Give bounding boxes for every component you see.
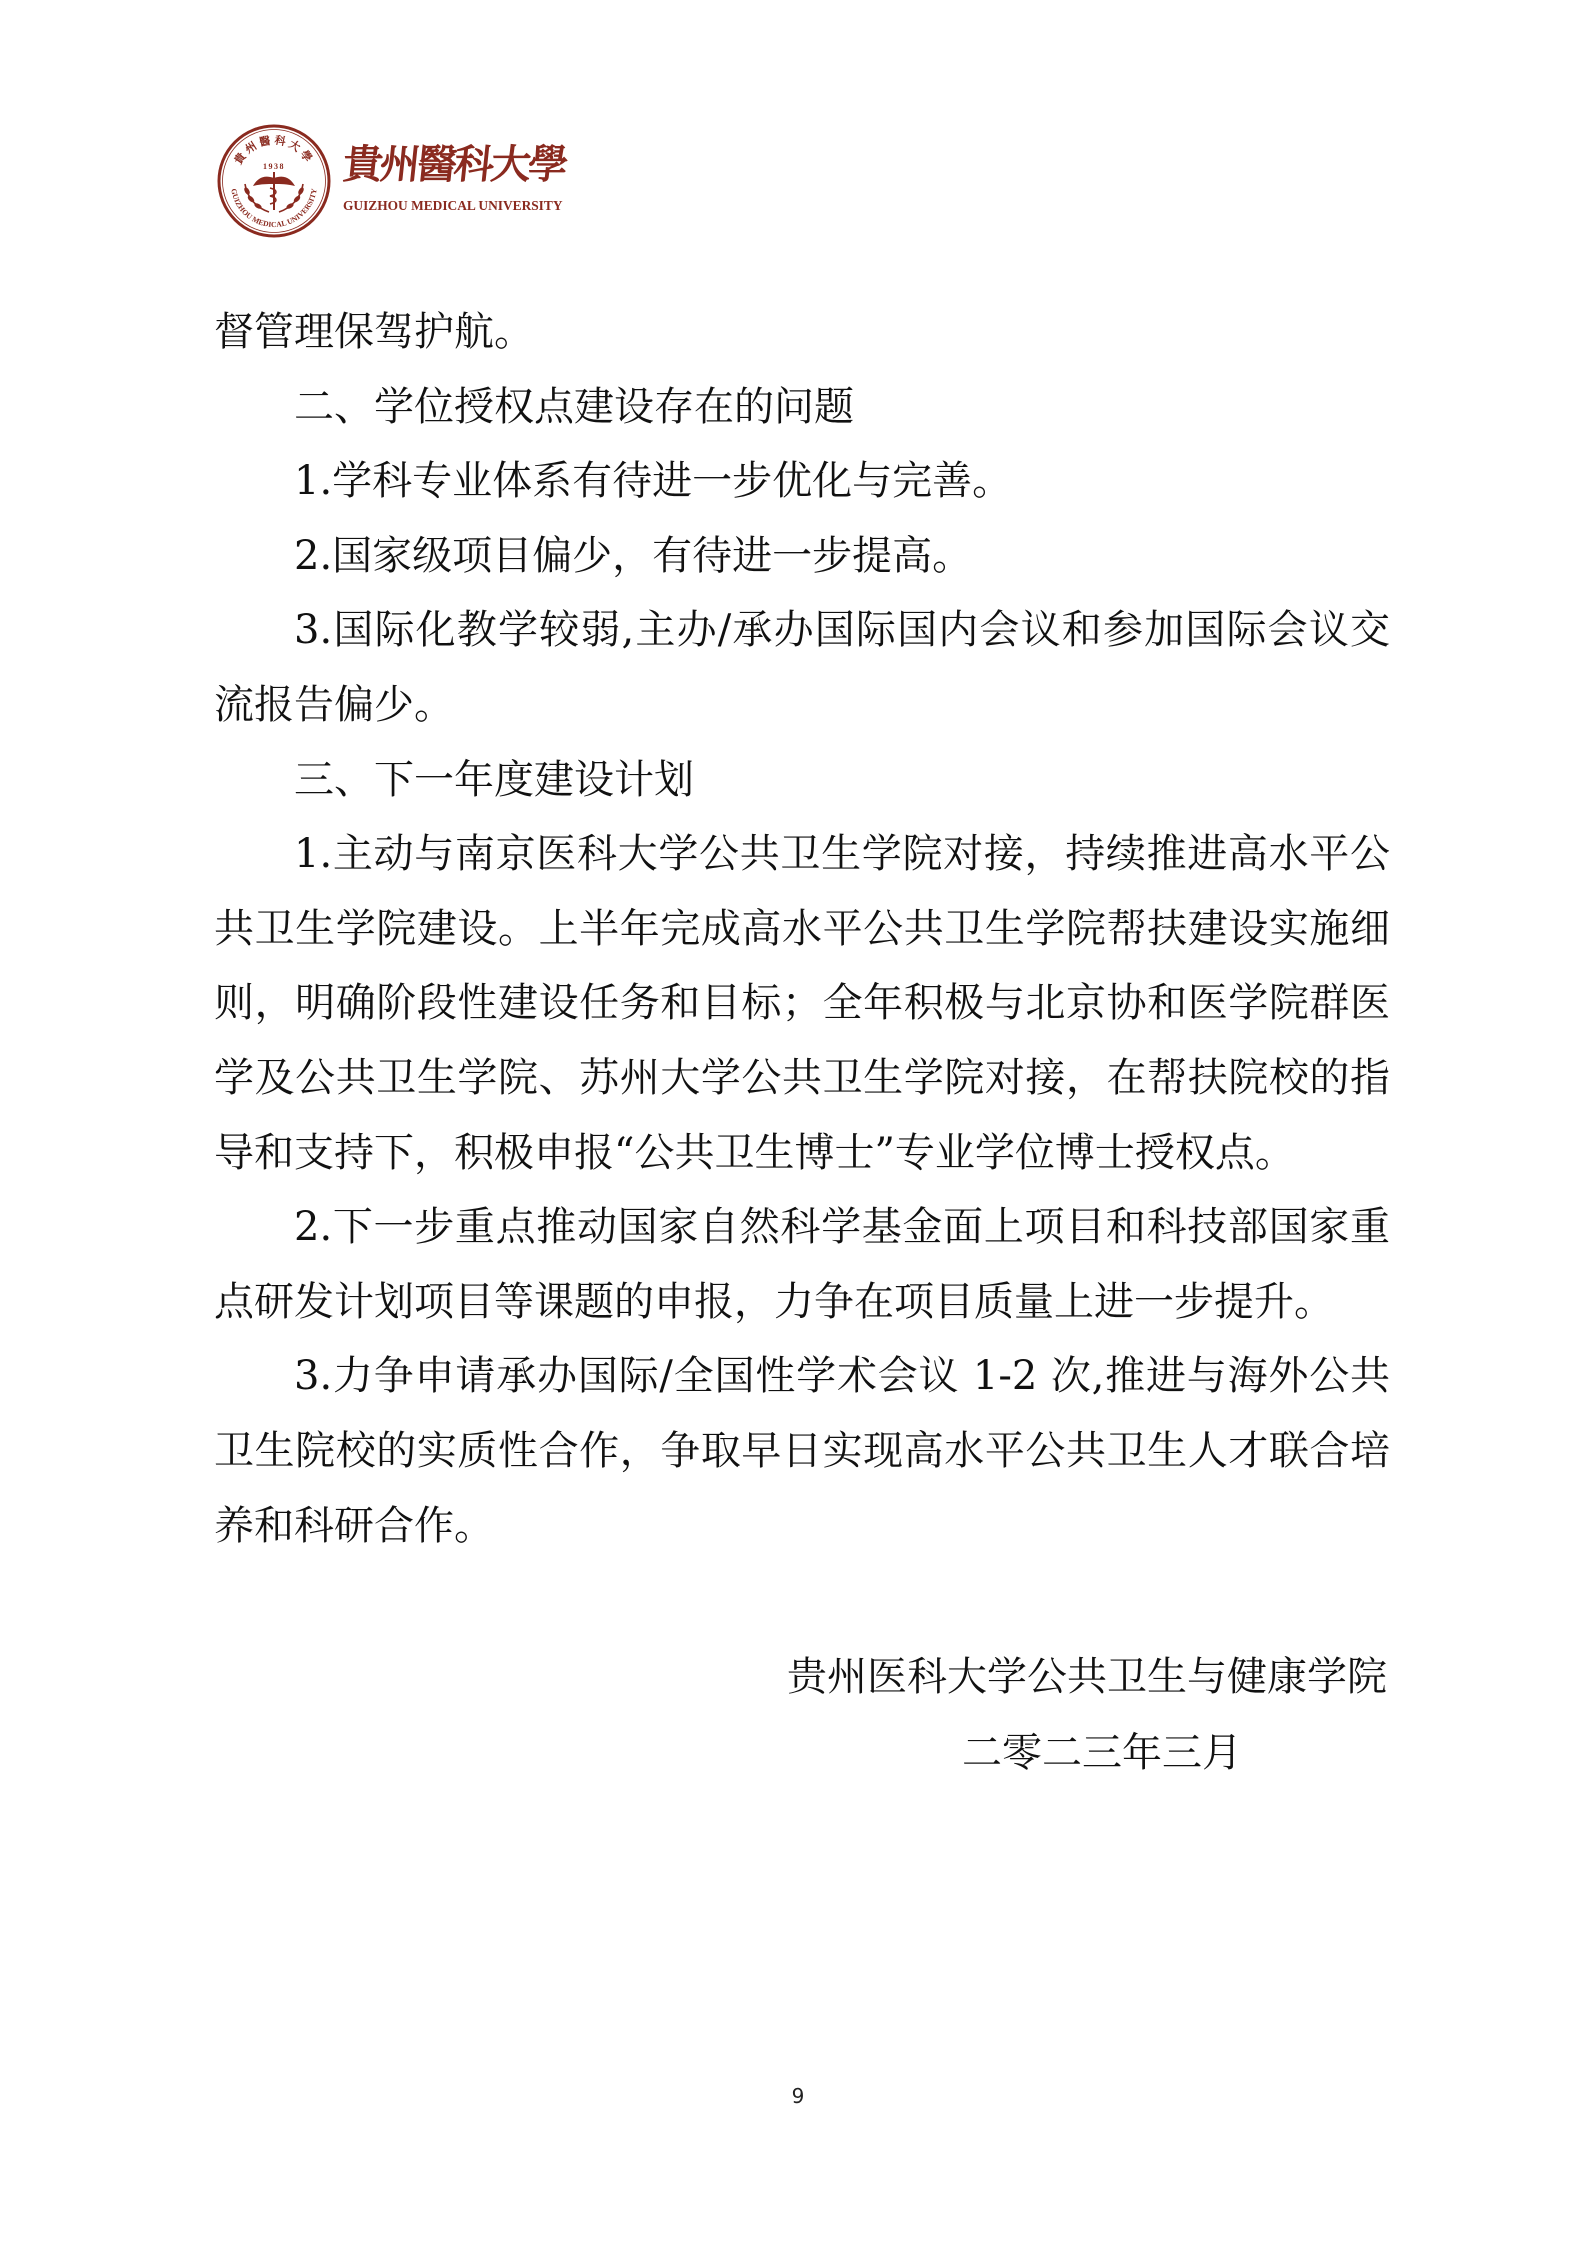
paragraph-line: 则，明确阶段性建设任务和目标；全年积极与北京协和医学院群医	[214, 966, 1390, 1041]
paragraph-line: 点研发计划项目等课题的申报，力争在项目质量上进一步提升。	[214, 1265, 1390, 1340]
university-name-calligraphy: 貴州醫科大學	[340, 138, 558, 192]
university-name-english: GUIZHOU MEDICAL UNIVERSITY	[343, 198, 557, 214]
section-heading: 二、学位授权点建设存在的问题	[214, 370, 1390, 445]
paragraph-line: 1.学科专业体系有待进一步优化与完善。	[214, 444, 1390, 519]
document-body: 督管理保驾护航。 二、学位授权点建设存在的问题 1.学科专业体系有待进一步优化与…	[214, 295, 1390, 1563]
paragraph-line: 2.下一步重点推动国家自然科学基金面上项目和科技部国家重	[214, 1190, 1390, 1265]
paragraph-line: 养和科研合作。	[214, 1489, 1390, 1564]
paragraph-line: 督管理保驾护航。	[214, 295, 1390, 370]
signature-date: 二零二三年三月	[962, 1715, 1242, 1791]
paragraph-line: 卫生院校的实质性合作，争取早日实现高水平公共卫生人才联合培	[214, 1414, 1390, 1489]
paragraph-line: 3.国际化教学较弱,主办/承办国际国内会议和参加国际会议交	[214, 593, 1390, 668]
university-logo: 貴州醫科大學 GUIZHOU MEDICAL UNIVERSITY 1938 貴…	[217, 124, 557, 240]
paragraph-line: 3.力争申请承办国际/全国性学术会议 1-2 次,推进与海外公共	[214, 1339, 1390, 1414]
svg-text:1938: 1938	[263, 162, 285, 171]
paragraph-line: 流报告偏少。	[214, 668, 1390, 743]
signature-organization: 贵州医科大学公共卫生与健康学院	[787, 1639, 1387, 1715]
university-seal-icon: 貴州醫科大學 GUIZHOU MEDICAL UNIVERSITY 1938	[217, 124, 331, 238]
page-number: 9	[787, 2084, 809, 2108]
paragraph-line: 2.国家级项目偏少，有待进一步提高。	[214, 519, 1390, 594]
paragraph-line: 学及公共卫生学院、苏州大学公共卫生学院对接，在帮扶院校的指	[214, 1041, 1390, 1116]
paragraph-line: 共卫生学院建设。上半年完成高水平公共卫生学院帮扶建设实施细	[214, 892, 1390, 967]
paragraph-line: 导和支持下，积极申报“公共卫生博士”专业学位博士授权点。	[214, 1116, 1390, 1191]
paragraph-line: 1.主动与南京医科大学公共卫生学院对接，持续推进高水平公	[214, 817, 1390, 892]
section-heading: 三、下一年度建设计划	[214, 743, 1390, 818]
